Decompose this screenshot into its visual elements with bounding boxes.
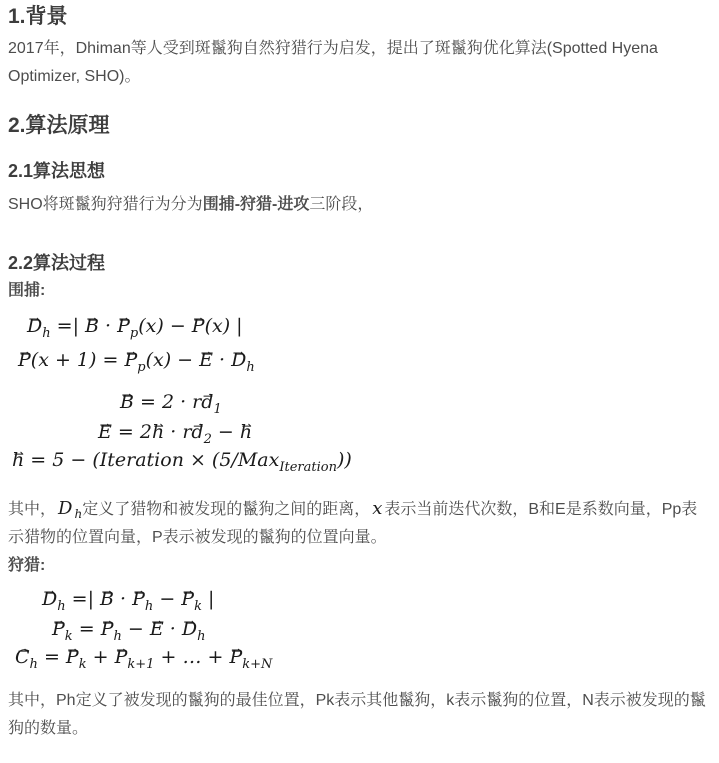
text-segment: P (229, 645, 242, 669)
text-segment: (x + 1) = (31, 349, 125, 371)
text-segment: D (42, 587, 57, 611)
text-segment: 1 (213, 402, 221, 417)
text-segment: 围捕: (8, 282, 45, 299)
article-content: 1.背景 2017年，Dhiman等人受到斑鬣狗自然狩猎行为启发，提出了斑鬣狗优… (0, 0, 719, 763)
text-segment: D (56, 498, 74, 519)
text-segment: E (150, 617, 164, 641)
text-segment: (x) − (138, 315, 192, 337)
text-segment: 定义了猎物和被发现的鬣狗之间的距离， (82, 501, 370, 518)
text-segment: D (231, 348, 246, 372)
text-segment: E (199, 348, 213, 372)
text-segment: B (100, 587, 114, 611)
formula-cluster-ch: Ch = Pk + Pk+1 + … + Pk+N (15, 645, 711, 669)
text-segment: p (130, 326, 138, 341)
text-segment: k (194, 599, 202, 614)
text-segment: = (38, 646, 66, 668)
text-segment: P (181, 587, 194, 611)
paragraph-encircling-explanation: 其中，Dh定义了猎物和被发现的鬣狗之间的距离，x表示当前迭代次数，B和E是系数向… (8, 495, 711, 580)
text-segment: + (87, 646, 115, 668)
text-segment: · (99, 315, 117, 337)
heading-2-1-idea: 2.1算法思想 (8, 161, 711, 182)
text-segment: SHO将斑鬣狗狩猎行为分为 (8, 196, 203, 213)
formula-b-coefficient: B = 2 · rd1 (120, 390, 711, 414)
text-segment: h (152, 420, 164, 444)
text-segment: P (18, 348, 31, 372)
text-segment: p (137, 360, 145, 375)
text-segment: d (191, 420, 203, 444)
text-segment: 其中， (8, 501, 56, 518)
heading-1-background: 1.背景 (8, 5, 711, 29)
text-segment: Iteration (279, 460, 337, 475)
text-segment: k+1 (127, 657, 154, 672)
text-segment: B (120, 390, 134, 414)
text-segment: k (79, 657, 87, 672)
text-segment: P (124, 348, 137, 372)
text-segment: 围捕-狩猎-进攻 (203, 196, 310, 213)
formula-h-decay: h = 5 − (Iteration × (5/MaxIteration)) (12, 448, 711, 472)
paragraph-encircling-label: 围捕: (8, 277, 711, 305)
text-segment: = (73, 618, 101, 640)
text-segment: P (52, 617, 65, 641)
text-segment: D (182, 617, 197, 641)
text-segment: x (370, 498, 384, 519)
text-segment: P (115, 645, 128, 669)
text-segment: = 2 (112, 421, 152, 443)
text-segment: h (30, 657, 38, 672)
text-segment: − (122, 618, 150, 640)
text-segment: C (15, 645, 30, 669)
text-segment: h (42, 326, 50, 341)
text-segment: h (197, 629, 205, 644)
text-segment: 三阶段， (309, 196, 373, 213)
text-segment: = 5 − (Iteration × (5/Max (24, 449, 279, 471)
text-segment: =| (66, 588, 100, 610)
text-segment: h (12, 448, 24, 472)
heading-2-principle: 2.算法原理 (8, 114, 711, 138)
formula-e-coefficient: E = 2h · rd2 − h (98, 420, 711, 444)
text-segment: · (114, 588, 132, 610)
text-segment: · (213, 349, 231, 371)
text-segment: d (201, 390, 213, 414)
text-segment: h (240, 420, 252, 444)
text-segment: D (27, 314, 42, 338)
formula-hunt-pk: Pk = Ph − E · Dh (52, 617, 711, 641)
text-segment: = 2 · r (134, 391, 201, 413)
text-segment: k+N (242, 657, 272, 672)
paragraph-hunting-explanation: 其中，Ph定义了被发现的鬣狗的最佳位置，Pk表示其他鬣狗，k表示鬣狗的位置，N表… (8, 687, 711, 743)
text-segment: =| (51, 315, 85, 337)
formula-dh-distance: Dh =| B · Pp(x) − P(x) | (27, 314, 711, 338)
text-segment: · (164, 618, 182, 640)
text-segment: 狩猎: (8, 557, 45, 574)
paragraph-intro: 2017年，Dhiman等人受到斑鬣狗自然狩猎行为启发，提出了斑鬣狗优化算法(S… (8, 35, 711, 91)
text-segment: P (132, 587, 145, 611)
text-segment: P (66, 645, 79, 669)
formula-hunt-dh: Dh =| B · Ph − Pk | (42, 587, 711, 611)
formula-position-update: P(x + 1) = Pp(x) − E · Dh (18, 348, 711, 372)
text-segment: P (101, 617, 114, 641)
text-segment: − (212, 421, 240, 443)
text-segment: P (117, 314, 130, 338)
text-segment: E (98, 420, 112, 444)
text-segment: | (202, 588, 214, 610)
text-segment: P (192, 314, 205, 338)
text-segment: (x) − (146, 349, 200, 371)
text-segment: (x) | (205, 315, 243, 337)
text-segment: 2 (204, 432, 212, 447)
heading-2-2-process: 2.2算法过程 (8, 253, 711, 274)
text-segment: h (246, 360, 254, 375)
paragraph-idea: SHO将斑鬣狗狩猎行为分为围捕-狩猎-进攻三阶段， (8, 191, 711, 219)
text-segment: · r (164, 421, 191, 443)
text-segment: + … + (154, 646, 229, 668)
text-segment: B (85, 314, 99, 338)
text-segment: )) (337, 449, 352, 471)
text-segment: − (153, 588, 181, 610)
